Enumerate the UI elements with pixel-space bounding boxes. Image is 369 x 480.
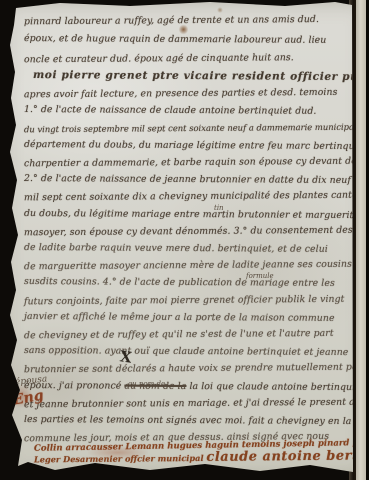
manuscript-text: pinnard laboureur a ruffey, agé de trent… <box>24 11 354 446</box>
ink-smear <box>88 446 148 459</box>
manuscript-line: oncle et curateur dud. époux agé de cinq… <box>24 48 354 70</box>
interlinear-insertion: tin <box>214 204 224 212</box>
ink-stain <box>179 24 188 35</box>
manuscript-line: du vingt trois septembre mil sept cent s… <box>24 118 354 138</box>
manuscript-line: futurs conjoints, faite par moi pierre g… <box>24 290 354 310</box>
manuscript-line-with-correction: époux. j'ai prononcé au nom de la la loi… <box>24 377 354 396</box>
ink-smear <box>10 383 32 409</box>
manuscript-line: susdits cousins. 4.° de l'acte de public… <box>24 273 354 292</box>
signature-block: Collin arracausser Lemann hugues haguin … <box>34 441 354 465</box>
line-segment: la loi que claude antoine bertinquiet <box>186 381 364 393</box>
paper-sheet: pinnard laboureur a ruffey, agé de trent… <box>0 0 369 480</box>
ink-stain <box>217 7 223 13</box>
manuscript-line: époux, et de hugue raquin de dammemarie … <box>24 29 354 50</box>
manuscript-line: pinnard laboureur a ruffey, agé de trent… <box>24 10 354 32</box>
renvoi-x-mark: X <box>119 347 133 366</box>
adjacent-page-edge <box>356 0 366 480</box>
manuscript-line: brutonnier se sont déclarés a haute voix… <box>24 359 354 379</box>
manuscript-line: du doubs, du légitime mariage entre mart… <box>24 205 354 224</box>
signature-line: Leger Desarmenier offcier municipal clau… <box>34 449 354 467</box>
scanned-manuscript-page: pinnard laboureur a ruffey, agé de trent… <box>0 0 369 480</box>
interlinear-insertion: formule <box>246 272 274 280</box>
signature-groom: claude antoine bertin gnd <box>206 448 369 465</box>
interlinear-insertion: au nom de <box>128 380 165 388</box>
manuscript-line: 1.° de l'acte de naissance de claude ant… <box>24 101 354 120</box>
manuscript-line: mil sept cent soixante dix a chevigney m… <box>24 187 354 207</box>
